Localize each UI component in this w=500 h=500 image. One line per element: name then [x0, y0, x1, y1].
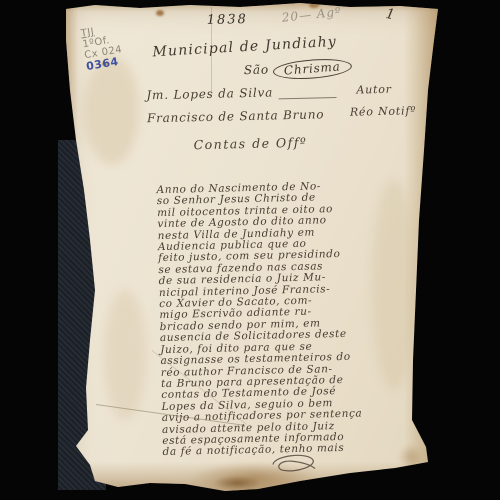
party-defendant-name: Francisco de Santa Bruno: [147, 107, 325, 125]
leader-line: [279, 97, 337, 99]
archive-marks: TJJ 1ºOf. Cx 024 0364: [80, 23, 125, 73]
photo-background: TJJ 1ºOf. Cx 024 0364 1838 20— Agº 1 Mun…: [0, 0, 500, 500]
case-type-line: Contas de Offº: [193, 135, 307, 153]
rubric-circled-word: Chrisma: [272, 57, 352, 82]
manuscript-body: Anno do Nascimento de No- so Senhor Jesu…: [157, 179, 413, 458]
header-subtitle: SãoChrisma: [244, 59, 352, 80]
header-subtitle-prefix: São: [244, 63, 269, 78]
party-plaintiff-role: Autor: [356, 83, 392, 97]
party-defendant-role: Réo Notifº: [350, 104, 417, 119]
date-annotation: 20— Agº: [281, 4, 342, 25]
rubric-flourish-icon: [267, 450, 320, 479]
year-heading: 1838: [207, 12, 248, 28]
page-number: 1: [384, 6, 397, 24]
party-plaintiff-name: Jm. Lopes da Silva: [146, 85, 273, 102]
header-title: Municipal de Jundiahy: [152, 34, 337, 61]
